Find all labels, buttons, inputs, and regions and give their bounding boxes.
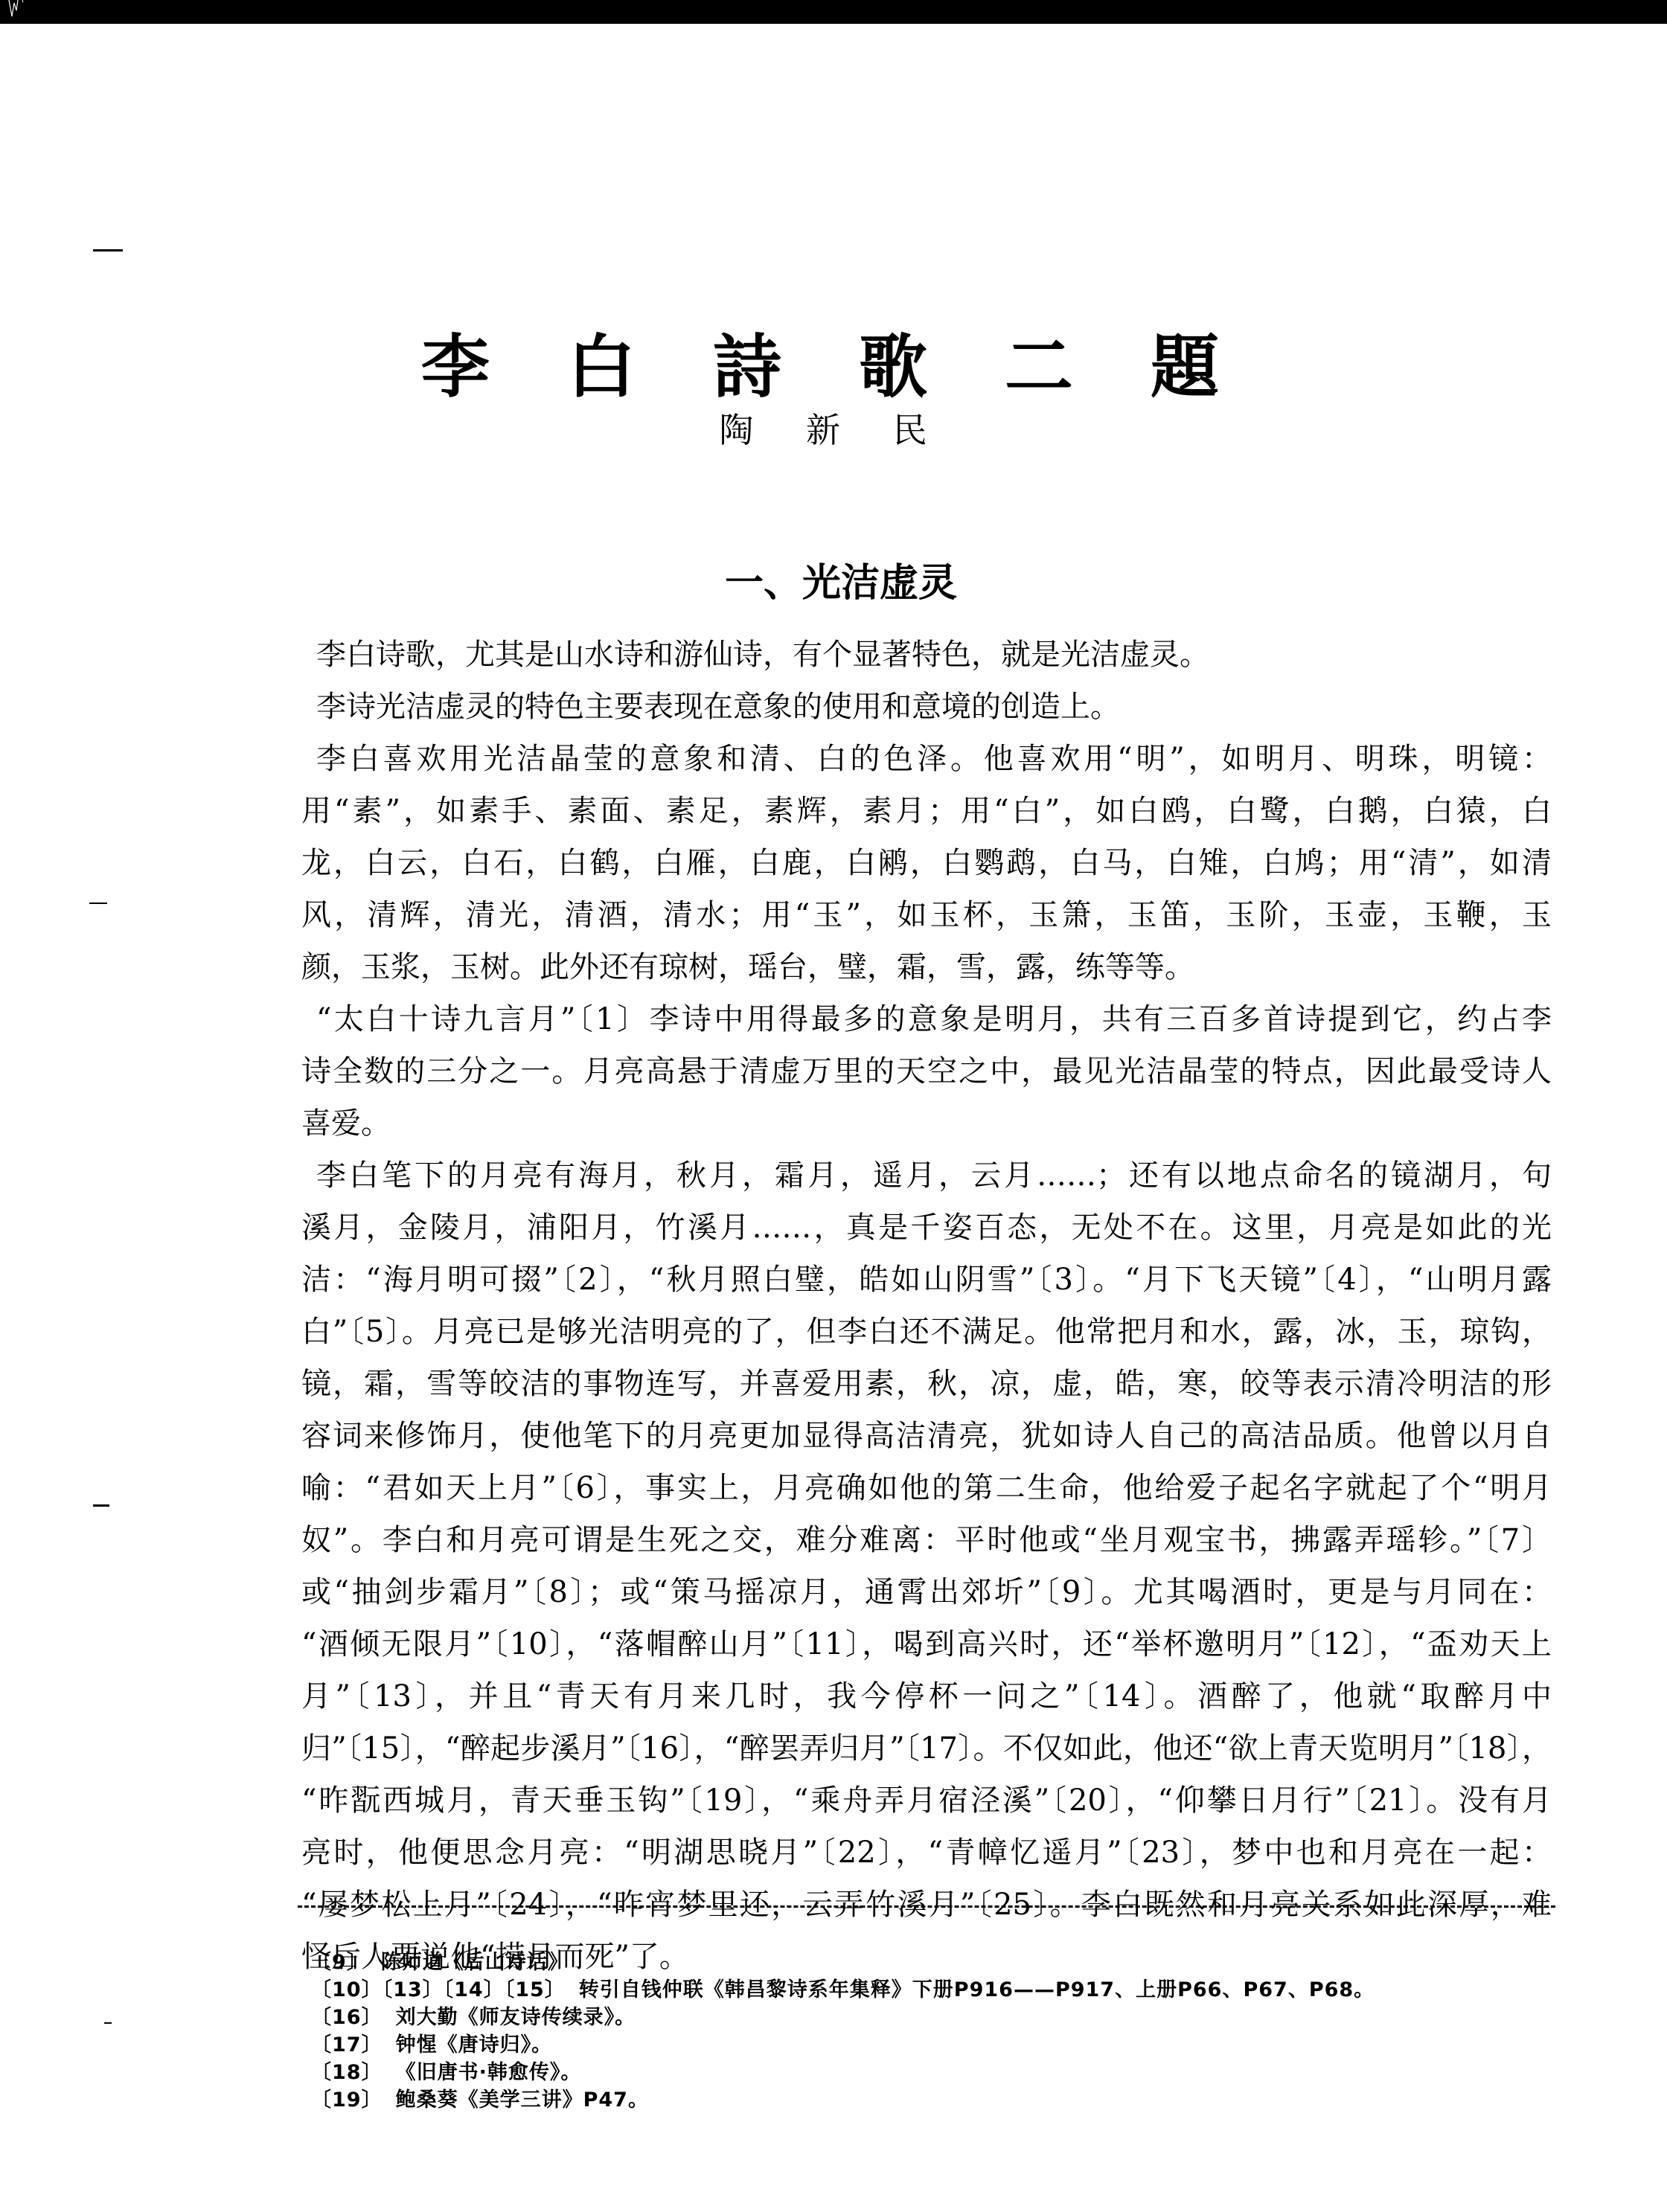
body-text-line: 喜爱。 [301,1097,1552,1150]
footnote-text: 陈师道《后山诗话》 [381,1951,569,1974]
footnote-text: 鲍桑葵《美学三讲》P47。 [396,2088,649,2112]
body-text-line: 或“抽剑步霜月”〔8〕；或“策马摇凉月，通霄出郊圻”〔9〕。尤其喝酒时，更是与月… [301,1566,1552,1618]
body-text-line: 容词来修饰月，使他笔下的月亮更加显得高洁清亮，犹如诗人自己的高洁品质。他曾以月自 [301,1410,1552,1462]
body-text-line: 亮时，他便思念月亮：“明湖思晓月”〔22〕，“青幛忆遥月”〔23〕，梦中也和月亮… [301,1827,1552,1879]
body-text-line: “太白十诗九言月”〔1〕李诗中用得最多的意象是明月，共有三百多首诗提到它，约占李 [301,993,1552,1045]
body-text-line: 镜，霜，雪等皎洁的事物连写，并喜爱用素，秋，凉，虚，皓，寒，皎等表示清冷明洁的形 [301,1358,1552,1410]
body-text-line: 月”〔13〕，并且“青天有月来几时，我今停杯一问之”〔14〕。酒醉了，他就“取醉… [301,1670,1552,1722]
footnote-ref: 〔19〕 [311,2086,383,2114]
footnote-text: 刘大勤《师友诗传续录》。 [396,2006,636,2029]
footnote-ref: 〔16〕 [311,2004,383,2031]
footnote-text: 钟惺《唐诗归》。 [396,2033,553,2056]
body-text-line: 李白诗歌，尤其是山水诗和游仙诗，有个显著特色，就是光洁虚灵。 [301,629,1552,681]
body-text-line: 风，清辉，清光，清酒，清水；用“玉”，如玉杯，玉箫，玉笛，玉阶，玉壶，玉鞭，玉 [301,889,1552,941]
footnote-ref: 〔10〕〔13〕〔14〕〔15〕 [311,1976,566,2004]
footnote-item: 〔9〕陈师道《后山诗话》 [311,1949,1539,1976]
section-heading: 一、光洁虚灵 [0,564,1667,603]
page-title: 李 白 詩 歌 二 題 [0,333,1667,401]
body-text-line: 李白笔下的月亮有海月，秋月，霜月，遥月，云月……；还有以地点命名的镜湖月，句 [301,1150,1552,1202]
body-text-line: 归”〔15〕，“醉起步溪月”〔16〕，“醉罢弄归月”〔17〕。不仅如此，他还“欲… [301,1722,1552,1775]
body-text-line: 诗全数的三分之一。月亮高悬于清虚万里的天空之中，最见光洁晶莹的特点，因此最受诗人 [301,1045,1552,1097]
margin-mark [93,1504,109,1507]
footnote-ref: 〔17〕 [311,2031,383,2059]
margin-mark [89,903,107,904]
body-text-line: “酒倾无限月”〔10〕，“落帽醉山月”〔11〕，喝到高兴时，还“举杯邀明月”〔1… [301,1618,1552,1670]
body-text-line: “昨翫西城月，青天垂玉钩”〔19〕，“乘舟弄月宿泾溪”〔20〕，“仰攀日月行”〔… [301,1775,1552,1827]
margin-mark [104,2022,112,2024]
scan-top-border [0,0,1667,24]
body-text-line: 奴”。李白和月亮可谓是生死之交，难分难离：平时他或“坐月观宝书，拂露弄瑶轸。”〔… [301,1514,1552,1566]
body-text-line: 白”〔5〕。月亮已是够光洁明亮的了，但李白还不满足。他常把月和水，露，冰，玉，琼… [301,1306,1552,1358]
footnote-text: 《旧唐书·韩愈传》。 [396,2061,582,2084]
body-text-line: 颜，玉浆，玉树。此外还有琼树，瑶台，璧，霜，雪，露，练等等。 [301,941,1552,993]
footnote-item: 〔16〕刘大勤《师友诗传续录》。 [311,2004,1539,2031]
footnote-item: 〔18〕《旧唐书·韩愈传》。 [311,2059,1539,2086]
body-text-line: 洁：“海月明可掇”〔2〕，“秋月照白璧，皓如山阴雪”〔3〕。“月下飞天镜”〔4〕… [301,1254,1552,1306]
footnote-ref: 〔9〕 [311,1949,368,1976]
footnote-item: 〔19〕鲍桑葵《美学三讲》P47。 [311,2086,1539,2114]
body-text-line: 李白喜欢用光洁晶莹的意象和清、白的色泽。他喜欢用“明”，如明月、明珠，明镜： [301,733,1552,785]
body-text-line: “屡梦松上月”〔24〕，“昨宵梦里还，云弄竹溪月”〔25〕。李白既然和月亮关系如… [301,1879,1552,1931]
footnote-item: 〔10〕〔13〕〔14〕〔15〕转引自钱仲联《韩昌黎诗系年集释》下册P916——… [311,1976,1539,2004]
footnote-divider [298,1905,1555,1908]
footnotes: 〔9〕陈师道《后山诗话》〔10〕〔13〕〔14〕〔15〕转引自钱仲联《韩昌黎诗系… [311,1949,1539,2114]
body-text-line: 用“素”，如素手、素面、素足，素辉，素月；用“白”，如白鸥，白鹭，白鹅，白猿，白 [301,785,1552,837]
footnote-ref: 〔18〕 [311,2059,383,2086]
margin-mark [93,249,123,251]
scan-artifact-icon [6,0,36,18]
body-text-line: 喻：“君如天上月”〔6〕，事实上，月亮确如他的第二生命，他给爱子起名字就起了个“… [301,1462,1552,1514]
author-name: 陶 新 民 [0,413,1667,447]
body-text-line: 龙，白云，白石，白鹤，白雁，白鹿，白鹇，白鹦鹉，白马，白雉，白鸠；用“清”，如清 [301,837,1552,889]
body-text-line: 溪月，金陵月，浦阳月，竹溪月……，真是千姿百态，无处不在。这里，月亮是如此的光 [301,1202,1552,1254]
footnote-text: 转引自钱仲联《韩昌黎诗系年集释》下册P916——P917、上册P66、P67、P… [579,1978,1375,2001]
footnote-item: 〔17〕钟惺《唐诗归》。 [311,2031,1539,2059]
article-body: 李白诗歌，尤其是山水诗和游仙诗，有个显著特色，就是光洁虚灵。李诗光洁虚灵的特色主… [301,629,1552,1983]
body-text-line: 李诗光洁虚灵的特色主要表现在意象的使用和意境的创造上。 [301,681,1552,733]
